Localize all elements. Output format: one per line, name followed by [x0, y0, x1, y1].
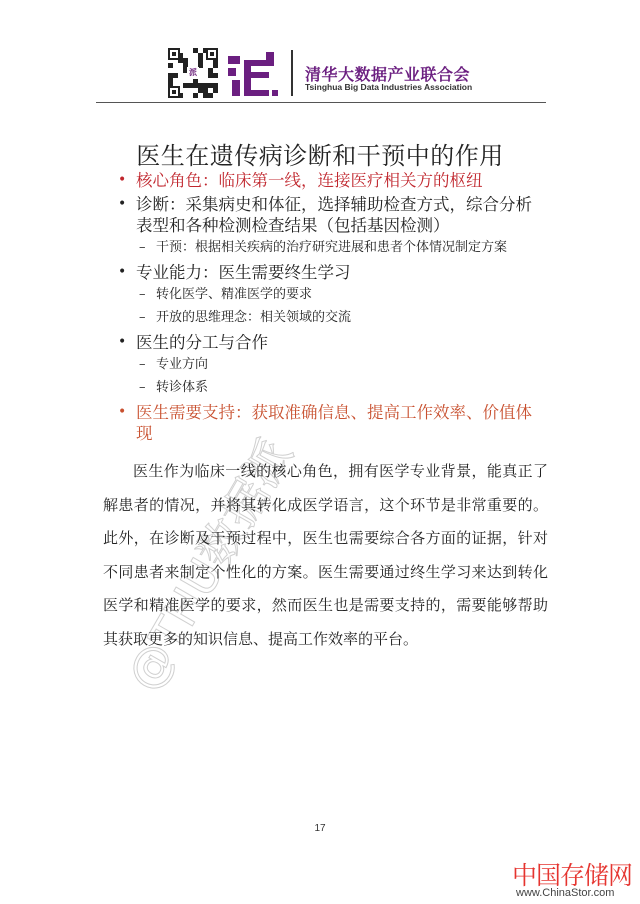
- sub-bullet-item: –转化医学、精准医学的要求: [116, 286, 546, 304]
- bullet-text: 医生需要支持：获取准确信息、提高工作效率、价值体现: [136, 403, 532, 443]
- chinastor-url: www.ChinaStor.com: [516, 887, 614, 899]
- bullet-dot-icon: •: [118, 194, 126, 215]
- bullet-dash-icon: –: [139, 286, 146, 304]
- bullet-list: •核心角色：临床第一线，连接医疗相关方的枢纽•诊断：采集病史和体征，选择辅助检查…: [116, 170, 546, 447]
- sub-bullet-item: –转诊体系: [116, 379, 546, 397]
- bullet-item: •医生的分工与合作: [116, 332, 546, 353]
- qr-finder-top-left: [168, 48, 180, 60]
- bullet-item: •医生需要支持：获取准确信息、提高工作效率、价值体现: [116, 402, 546, 444]
- bullet-item: •专业能力：医生需要终生学习: [116, 262, 546, 283]
- org-name-en: Tsinghua Big Data Industries Association: [305, 82, 472, 92]
- bullet-text: 开放的思维理念：相关领域的交流: [156, 310, 351, 325]
- page-header: 派 清华大数据产业联合会 Tsinghua Big Data Industrie…: [0, 0, 640, 110]
- header-rule: [96, 102, 546, 103]
- qr-finder-bottom-left: [168, 86, 180, 98]
- bullet-dash-icon: –: [139, 309, 146, 327]
- bullet-text: 专业能力：医生需要终生学习: [136, 263, 351, 282]
- bullet-text: 专业方向: [156, 357, 208, 372]
- bullet-dash-icon: –: [139, 239, 146, 257]
- qr-center-logo: 派: [187, 67, 199, 79]
- header-divider: [291, 50, 293, 96]
- pai-logo-icon: [228, 52, 278, 98]
- bullet-text: 转诊体系: [156, 380, 208, 395]
- bullet-dash-icon: –: [139, 379, 146, 397]
- bullet-dot-icon: •: [118, 402, 126, 423]
- bullet-dot-icon: •: [118, 332, 126, 353]
- bullet-text: 转化医学、精准医学的要求: [156, 287, 312, 302]
- page-number: 17: [0, 823, 640, 834]
- bullet-text: 干预：根据相关疾病的治疗研究进展和患者个体情况制定方案: [156, 240, 507, 255]
- bullet-dash-icon: –: [139, 356, 146, 374]
- sub-bullet-item: –专业方向: [116, 356, 546, 374]
- bullet-text: 诊断：采集病史和体征，选择辅助检查方式，综合分析表型和各种检测检查结果（包括基因…: [136, 195, 532, 235]
- bullet-dot-icon: •: [118, 262, 126, 283]
- bullet-text: 核心角色：临床第一线，连接医疗相关方的枢纽: [136, 171, 483, 190]
- bullet-dot-icon: •: [118, 170, 126, 191]
- bullet-item: •核心角色：临床第一线，连接医疗相关方的枢纽: [116, 170, 546, 191]
- bullet-item: •诊断：采集病史和体征，选择辅助检查方式，综合分析表型和各种检测检查结果（包括基…: [116, 194, 546, 236]
- page-title: 医生在遗传病诊断和干预中的作用: [0, 136, 640, 171]
- sub-bullet-item: –开放的思维理念：相关领域的交流: [116, 309, 546, 327]
- bullet-text: 医生的分工与合作: [136, 333, 268, 352]
- sub-bullet-item: –干预：根据相关疾病的治疗研究进展和患者个体情况制定方案: [116, 239, 546, 257]
- body-paragraph: 医生作为临床一线的核心角色，拥有医学专业背景，能真正了解患者的情况，并将其转化成…: [103, 455, 548, 656]
- qr-finder-top-right: [206, 48, 218, 60]
